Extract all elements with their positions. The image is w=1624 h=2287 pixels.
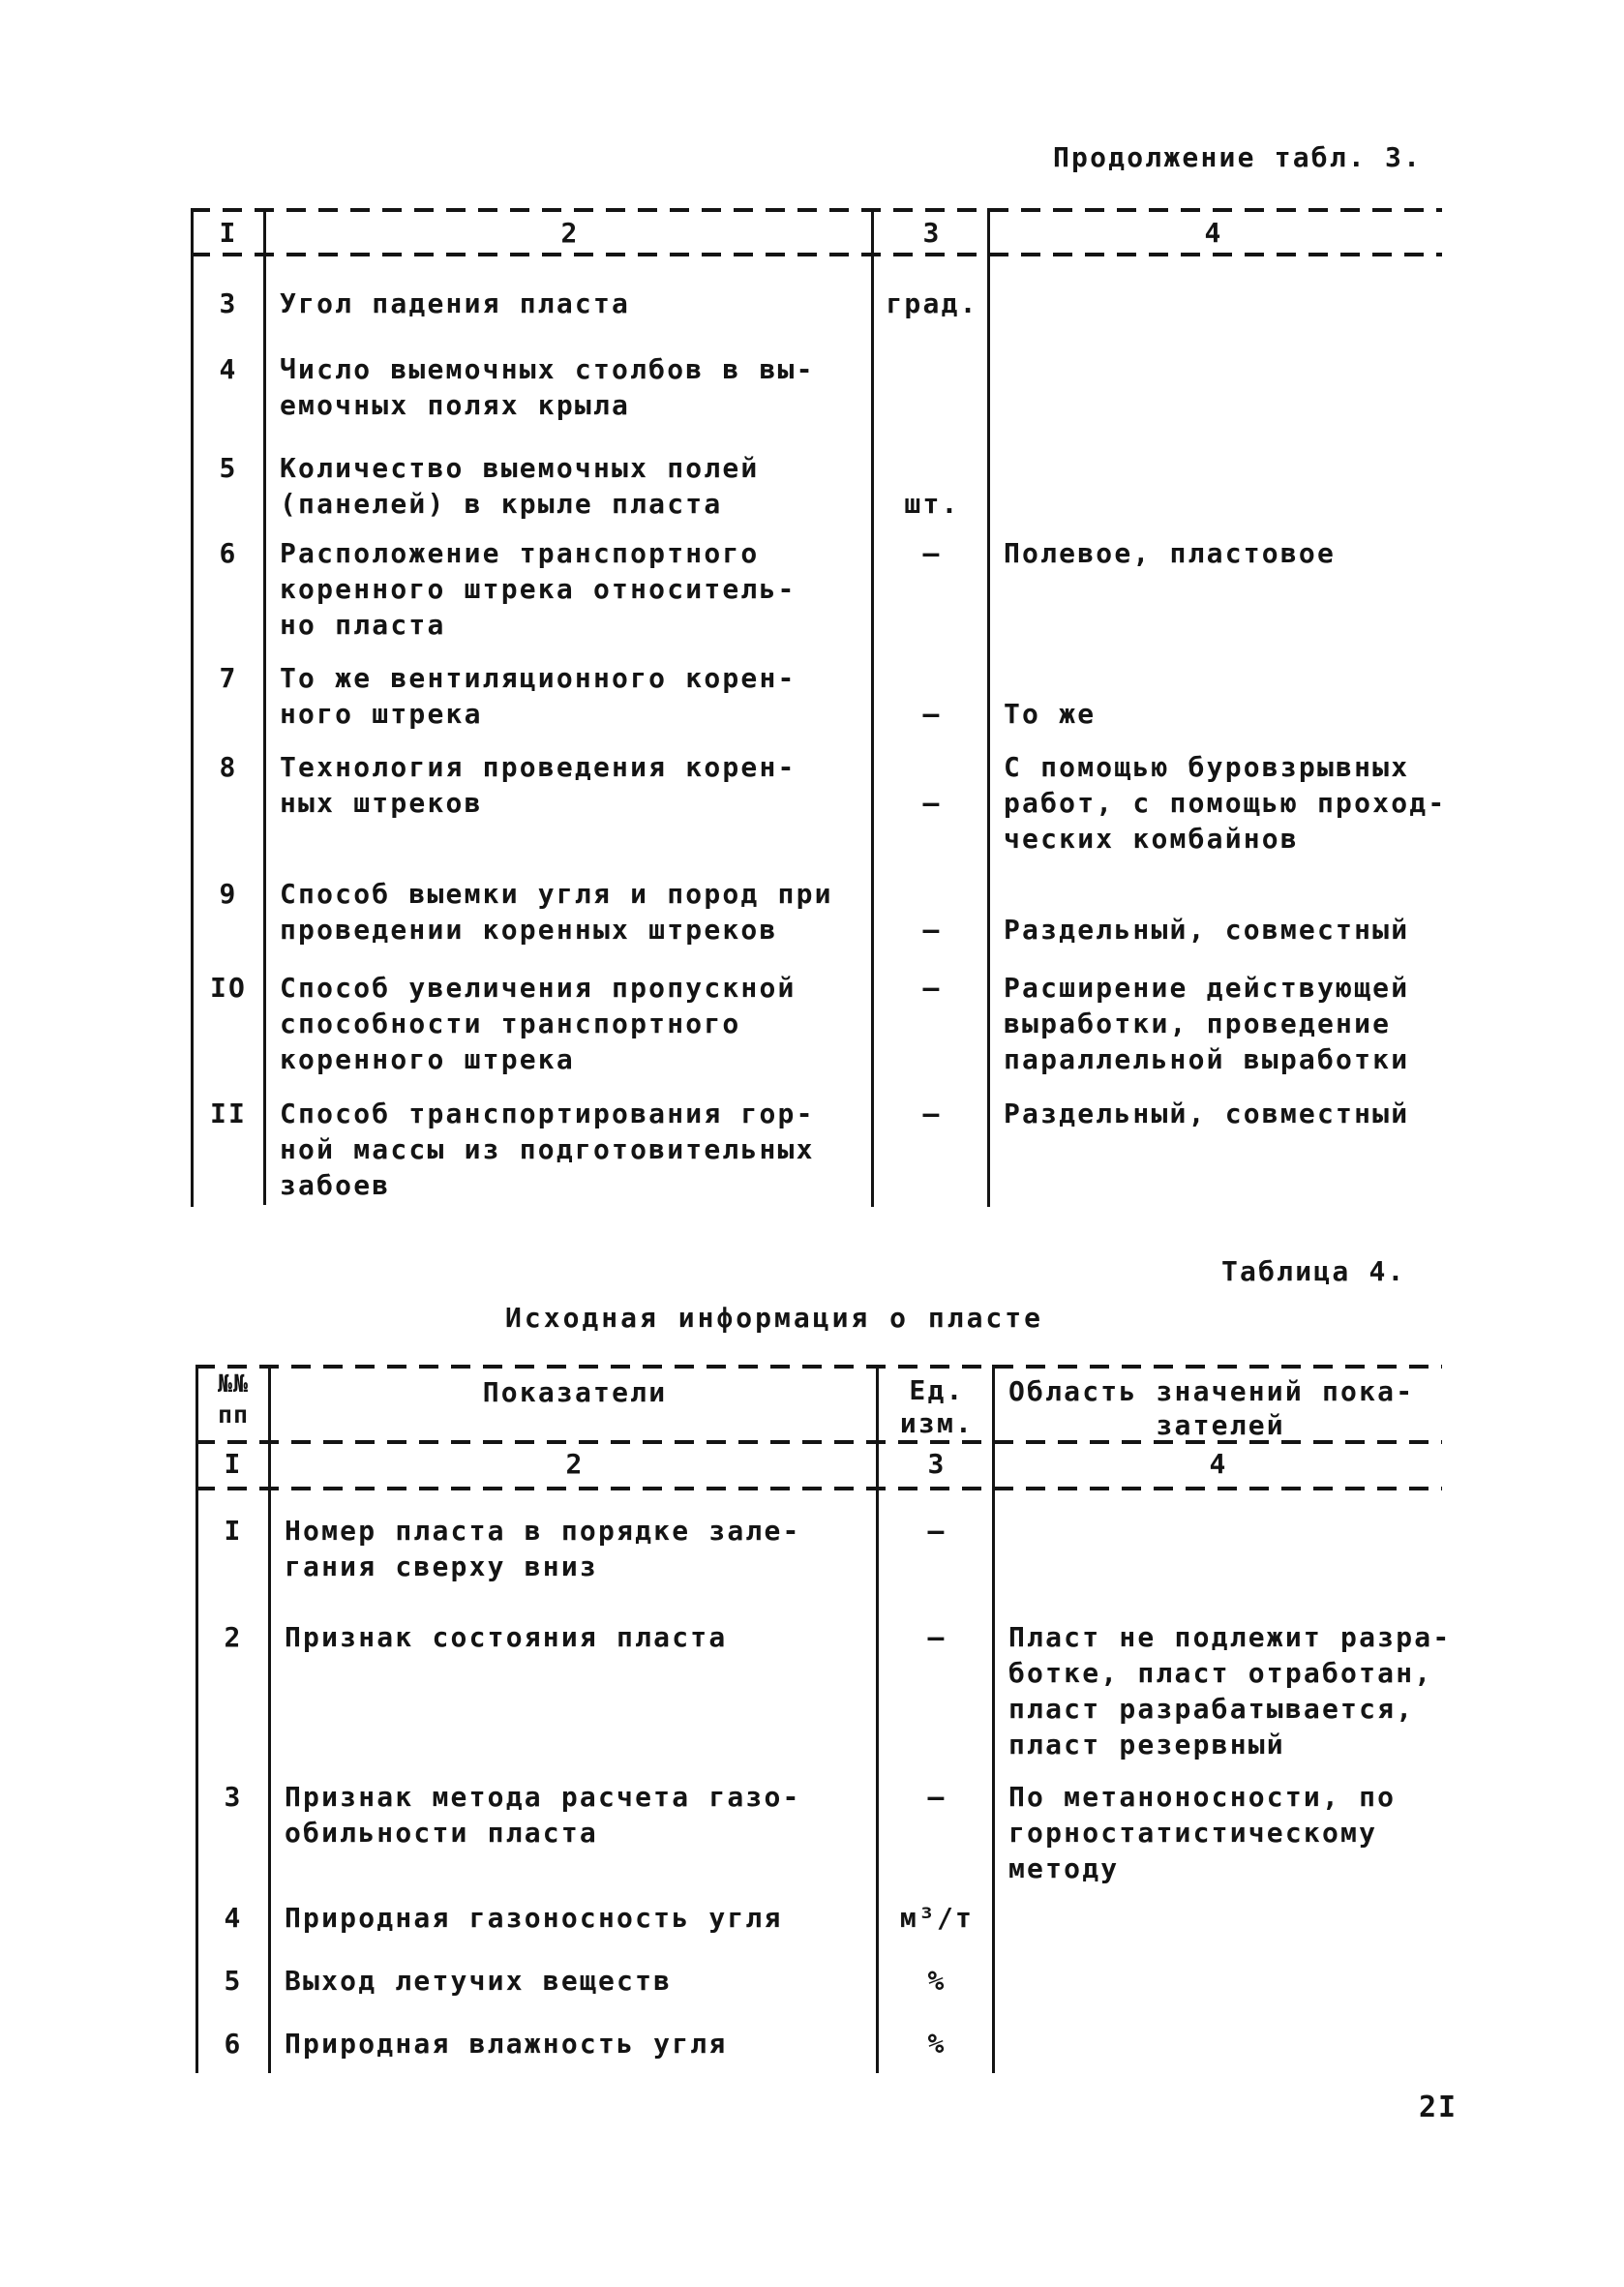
row-number: 3 — [195, 1779, 271, 1815]
row-number: 4 — [195, 1900, 271, 1936]
unit-cell: – — [874, 970, 990, 1006]
scanned-document-page: Продолжение табл. 3. I 2 3 4 3 Угол паде… — [0, 0, 1624, 2287]
indicator-cell: Природная влажность угля — [271, 2026, 879, 2061]
row-number: 6 — [191, 535, 266, 571]
row-number: 9 — [191, 876, 266, 912]
table-row: 4 Число выемочных столбов в вы- емочных … — [191, 351, 1442, 423]
indicator-cell: То же вентиляционного корен- ного штрека — [266, 660, 874, 732]
column-number: 4 — [995, 1446, 1442, 1482]
column-number: 2 — [266, 215, 874, 251]
unit-cell: – — [874, 876, 990, 948]
row-number: IO — [191, 970, 266, 1006]
values-cell: Расширение действующей выработки, провед… — [990, 970, 1437, 1077]
table-border-top — [191, 208, 1442, 212]
indicator-cell: Выход летучих веществ — [271, 1963, 879, 1999]
table-row: II Способ транспортирования гор- ной мас… — [191, 1096, 1442, 1203]
unit-cell: % — [879, 1963, 995, 1999]
values-cell: Пласт не подлежит разра- ботке, пласт от… — [995, 1619, 1442, 1762]
table-row: 6 Природная влажность угля % — [195, 2026, 1442, 2061]
header-unit: Ед. изм. — [879, 1369, 995, 1442]
row-number: 5 — [195, 1963, 271, 1999]
row-number: I — [195, 1513, 271, 1549]
table-row: 3 Угол падения пласта град. — [191, 286, 1442, 321]
table-row: 9 Способ выемки угля и пород при проведе… — [191, 876, 1442, 948]
row-number: 5 — [191, 450, 266, 486]
table-3-continuation: I 2 3 4 3 Угол падения пласта град. 4 Чи… — [191, 208, 1442, 1210]
header-num: №№ пп — [195, 1369, 271, 1442]
table-row: 4 Природная газоносность угля м³/т — [195, 1900, 1442, 1936]
unit-cell: – — [879, 1619, 995, 1655]
row-number: II — [191, 1096, 266, 1131]
values-cell: То же — [990, 660, 1437, 732]
table-header-row: №№ пп Показатели Ед. изм. Область значен… — [195, 1369, 1442, 1442]
values-cell: Раздельный, совместный — [990, 1096, 1437, 1131]
table-row: 2 Признак состояния пласта – Пласт не по… — [195, 1619, 1442, 1762]
indicator-cell: Технология проведения корен- ных штреков — [266, 749, 874, 821]
column-number: 4 — [990, 215, 1437, 251]
table-row: 8 Технология проведения корен- ных штрек… — [191, 749, 1442, 857]
values-cell: По метаноносности, по горностатистическо… — [995, 1779, 1442, 1886]
indicator-cell: Способ увеличения пропускной способности… — [266, 970, 874, 1077]
page-number: 2I — [1419, 2091, 1458, 2124]
unit-cell: – — [874, 660, 990, 732]
table-row: 6 Расположение транспортного коренного ш… — [191, 535, 1442, 643]
values-cell: Раздельный, совместный — [990, 876, 1437, 948]
row-number: 3 — [191, 286, 266, 321]
table-body: 3 Угол падения пласта град. 4 Число выем… — [191, 255, 1442, 1203]
row-number: 7 — [191, 660, 266, 696]
indicator-cell: Признак состояния пласта — [271, 1619, 879, 1655]
table-row: 5 Выход летучих веществ % — [195, 1963, 1442, 1999]
header-range: Область значений пока- зателей — [995, 1369, 1442, 1442]
column-number-row: I 2 3 4 — [191, 215, 1442, 251]
continuation-heading: Продолжение табл. 3. — [1053, 141, 1422, 173]
unit-cell: град. — [874, 286, 990, 321]
row-number: 8 — [191, 749, 266, 785]
column-number: 3 — [879, 1446, 995, 1482]
indicator-cell: Природная газоносность угля — [271, 1900, 879, 1936]
unit-cell: – — [874, 749, 990, 821]
row-number: 4 — [191, 351, 266, 387]
indicator-cell: Номер пласта в порядке зале- гания сверх… — [271, 1513, 879, 1584]
row-number: 6 — [195, 2026, 271, 2061]
unit-cell: – — [879, 1779, 995, 1815]
unit-cell: шт. — [874, 450, 990, 522]
table-row: 5 Количество выемочных полей (панелей) в… — [191, 450, 1442, 522]
table-row: I Номер пласта в порядке зале- гания све… — [195, 1513, 1442, 1584]
unit-cell: % — [879, 2026, 995, 2061]
table-row: 7 То же вентиляционного корен- ного штре… — [191, 660, 1442, 732]
indicator-cell: Расположение транспортного коренного штр… — [266, 535, 874, 643]
table-4-title: Исходная информация о пласте — [505, 1302, 1043, 1334]
values-cell: С помощью буровзрывных работ, с помощью … — [990, 749, 1437, 857]
table-body: I Номер пласта в порядке зале- гания све… — [195, 1487, 1442, 2061]
unit-cell: – — [874, 1096, 990, 1131]
column-number: I — [191, 215, 266, 251]
row-number: 2 — [195, 1619, 271, 1655]
table-row: IO Способ увеличения пропускной способно… — [191, 970, 1442, 1077]
column-number: 2 — [271, 1446, 879, 1482]
header-indicator: Показатели — [271, 1369, 879, 1442]
indicator-cell: Количество выемочных полей (панелей) в к… — [266, 450, 874, 522]
indicator-cell: Способ выемки угля и пород при проведени… — [266, 876, 874, 948]
column-number-row: I 2 3 4 — [195, 1446, 1442, 1482]
indicator-cell: Признак метода расчета газо- обильности … — [271, 1779, 879, 1851]
column-number: I — [195, 1446, 271, 1482]
table-4: №№ пп Показатели Ед. изм. Область значен… — [195, 1365, 1442, 2073]
unit-cell: – — [879, 1513, 995, 1549]
column-number: 3 — [874, 215, 990, 251]
table-4-caption: Таблица 4. — [1221, 1255, 1406, 1287]
table-row: 3 Признак метода расчета газо- обильност… — [195, 1779, 1442, 1886]
indicator-cell: Способ транспортирования гор- ной массы … — [266, 1096, 874, 1203]
unit-cell: м³/т — [879, 1900, 995, 1936]
values-cell: Полевое, пластовое — [990, 535, 1437, 571]
indicator-cell: Угол падения пласта — [266, 286, 874, 321]
indicator-cell: Число выемочных столбов в вы- емочных по… — [266, 351, 874, 423]
unit-cell: – — [874, 535, 990, 571]
